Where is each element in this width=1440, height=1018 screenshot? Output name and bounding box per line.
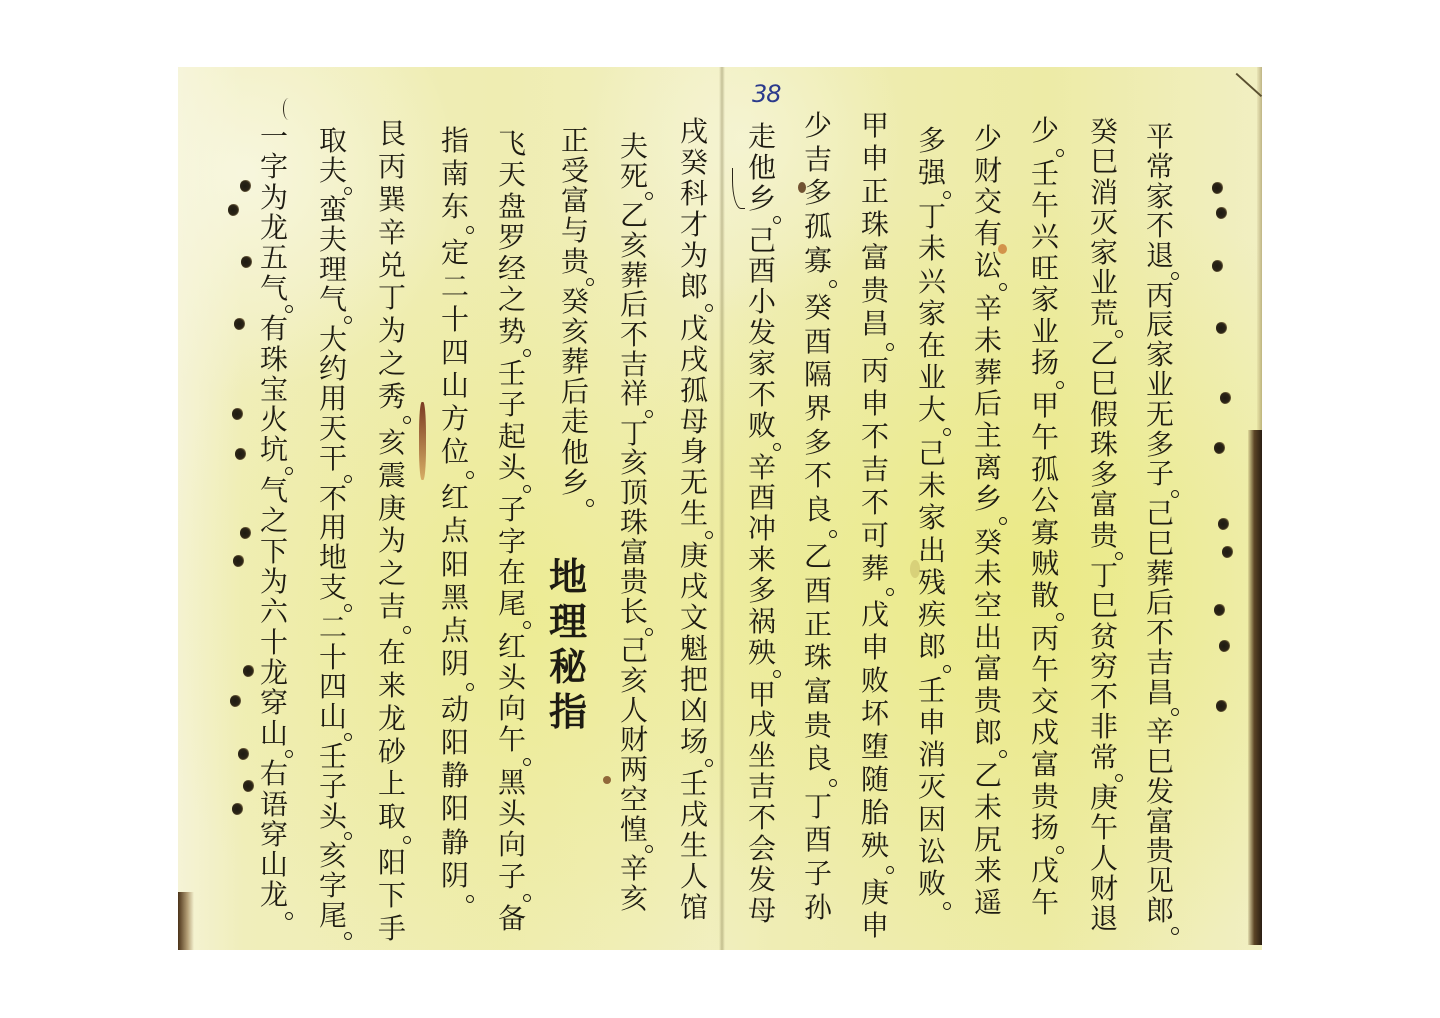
text-column-l5: 指南东定二十四山方位红点阳黑点阴动阳静阳静阴: [435, 127, 475, 903]
glyph: 庚: [1088, 784, 1120, 812]
glyph: 气: [258, 275, 290, 303]
glyph: 少: [972, 125, 1004, 153]
punctuation-mark: [773, 670, 781, 678]
glyph: 午: [496, 726, 528, 754]
glyph: 乡: [559, 469, 591, 497]
punctuation-mark: [523, 621, 531, 629]
glyph: 丁: [1088, 562, 1120, 590]
glyph: 戊: [1029, 857, 1061, 885]
glyph: 郎: [972, 719, 1004, 747]
glyph: 亥: [618, 667, 650, 695]
glyph: 寡: [1029, 519, 1061, 547]
glyph: 乡: [746, 185, 778, 213]
glyph: 之: [376, 350, 408, 378]
glyph: 散: [1029, 582, 1061, 610]
glyph: 退: [1144, 242, 1176, 270]
glyph: 艮: [376, 120, 408, 148]
glyph: 震: [376, 462, 408, 490]
glyph: 昌: [859, 310, 891, 338]
punctuation-mark: [523, 485, 531, 493]
glyph: 富: [559, 187, 591, 215]
glyph: 黑: [496, 769, 528, 797]
glyph: 十: [258, 629, 290, 657]
glyph: 之: [496, 286, 528, 314]
glyph: 一: [258, 123, 290, 151]
glyph: 方: [439, 405, 471, 433]
glyph: 右: [258, 760, 290, 788]
punctuation-mark: [943, 191, 951, 199]
glyph: 用: [317, 514, 349, 542]
glyph: 无: [1144, 401, 1176, 429]
glyph: 郎: [1144, 897, 1176, 925]
glyph: 用: [317, 385, 349, 413]
punctuation-mark: [705, 531, 713, 539]
glyph: 出: [972, 624, 1004, 652]
glyph: 大: [317, 326, 349, 354]
glyph: 上: [376, 770, 408, 798]
glyph: 砂: [376, 738, 408, 766]
glyph: 癸: [678, 149, 710, 177]
glyph: 身: [678, 438, 710, 466]
glyph: 胎: [859, 799, 891, 827]
glyph: 火: [258, 406, 290, 434]
glyph: 戊: [678, 315, 710, 343]
glyph: 十: [439, 306, 471, 334]
glyph: 丁: [618, 420, 650, 448]
glyph: 多: [802, 429, 834, 457]
text-column-r5: 多强丁未兴家在业大己未家出残疾郎壬申消灭因讼败: [912, 127, 952, 910]
glyph: 交: [972, 188, 1004, 216]
glyph: 之: [258, 507, 290, 535]
glyph: 癸: [972, 529, 1004, 557]
glyph: 讼: [972, 252, 1004, 280]
punctuation-mark: [773, 443, 781, 451]
glyph: 穿: [258, 689, 290, 717]
glyph: 己: [618, 637, 650, 665]
glyph: 发: [1144, 778, 1176, 806]
ink-stain: [603, 776, 611, 784]
glyph: 亥: [618, 232, 650, 260]
ink-stain: [419, 402, 426, 480]
glyph: 未: [972, 560, 1004, 588]
glyph: 己: [916, 440, 948, 468]
glyph: 珠: [802, 644, 834, 672]
glyph: 文: [678, 604, 710, 632]
glyph: 惶: [618, 816, 650, 844]
glyph: 富: [1088, 491, 1120, 519]
glyph: 阳: [376, 849, 408, 877]
glyph: 有: [972, 220, 1004, 248]
punctuation-mark: [466, 895, 474, 903]
glyph: 指: [439, 127, 471, 155]
glyph: 未: [916, 235, 948, 263]
glyph: 戌: [678, 801, 710, 829]
glyph: 可: [859, 522, 891, 550]
glyph: 消: [1088, 179, 1120, 207]
glyph: 败: [746, 412, 778, 440]
glyph: 下: [258, 538, 290, 566]
glyph: 后: [559, 378, 591, 406]
glyph: 人: [1088, 845, 1120, 873]
glyph: 戌: [678, 346, 710, 374]
glyph: 珠: [1088, 431, 1120, 459]
punctuation-mark: [403, 626, 411, 634]
glyph: 申: [859, 390, 891, 418]
glyph: 甲: [746, 681, 778, 709]
punctuation-mark: [403, 416, 411, 424]
glyph: 常: [1088, 744, 1120, 772]
glyph: 兴: [916, 268, 948, 296]
glyph: 珠: [859, 211, 891, 239]
glyph: 强: [916, 159, 948, 187]
glyph: 祸: [746, 608, 778, 636]
glyph: 丙: [1029, 625, 1061, 653]
glyph: 生: [678, 832, 710, 860]
glyph: 贵: [859, 277, 891, 305]
glyph: 败: [859, 667, 891, 695]
glyph: 孙: [802, 894, 834, 922]
glyph: 位: [439, 438, 471, 466]
glyph: 坑: [258, 436, 290, 464]
glyph: 走: [559, 408, 591, 436]
punctuation-mark: [999, 283, 1007, 291]
glyph: 四: [317, 673, 349, 701]
glyph: 家: [1144, 183, 1176, 211]
glyph: 壬: [678, 770, 710, 798]
punctuation-mark: [705, 759, 713, 767]
glyph: 之: [376, 560, 408, 588]
glyph: 庚: [859, 879, 891, 907]
glyph: 巳: [1144, 530, 1176, 558]
glyph: 戌: [678, 573, 710, 601]
glyph: 家: [1088, 239, 1120, 267]
punctuation-mark: [523, 894, 531, 902]
glyph: 珠: [258, 346, 290, 374]
glyph: 向: [496, 695, 528, 723]
punctuation-mark: [1056, 846, 1064, 854]
glyph: 吉: [376, 593, 408, 621]
glyph: 午: [1029, 192, 1061, 220]
glyph: 科: [678, 180, 710, 208]
glyph: 业: [1088, 269, 1120, 297]
glyph: 尻: [972, 826, 1004, 854]
glyph: 消: [916, 741, 948, 769]
glyph: 冲: [746, 515, 778, 543]
glyph: 夫: [618, 133, 650, 161]
glyph: 阴: [439, 650, 471, 678]
glyph: 申: [859, 145, 891, 173]
glyph: 见: [1144, 867, 1176, 895]
glyph: 起: [496, 423, 528, 451]
glyph: 生: [678, 500, 710, 528]
glyph: 母: [678, 408, 710, 436]
glyph: 盘: [496, 193, 528, 221]
glyph: 未: [916, 472, 948, 500]
glyph: 财: [972, 157, 1004, 185]
glyph: 辰: [1144, 311, 1176, 339]
glyph: 子: [496, 391, 528, 419]
glyph: 疾: [916, 601, 948, 629]
glyph: 山: [317, 703, 349, 731]
glyph: 五: [258, 244, 290, 272]
glyph: 空: [618, 786, 650, 814]
glyph: 来: [376, 672, 408, 700]
glyph: 手: [376, 915, 408, 943]
glyph: 把: [678, 666, 710, 694]
glyph: 小: [746, 288, 778, 316]
glyph: 灭: [916, 773, 948, 801]
punctuation-mark: [999, 750, 1007, 758]
glyph: 来: [972, 857, 1004, 885]
glyph: 乡: [972, 485, 1004, 513]
glyph: 辛: [746, 454, 778, 482]
text-column-r7: 少吉多孤寡癸酉隔界多不良乙酉正珠富贵良丁酉子孙: [798, 112, 838, 922]
glyph: 业: [916, 364, 948, 392]
glyph: 酉: [802, 577, 834, 605]
glyph: 酉: [802, 826, 834, 854]
punctuation-mark: [829, 530, 837, 538]
glyph: 六: [258, 598, 290, 626]
punctuation-mark: [829, 779, 837, 787]
glyph: 取: [376, 803, 408, 831]
punctuation-mark: [705, 304, 713, 312]
glyph: 葬: [972, 359, 1004, 387]
glyph: 不: [1144, 212, 1176, 240]
glyph: 吉: [802, 146, 834, 174]
text-column-l8: 一字为龙五气有珠宝火坑气之下为六十龙穿山右语穿山龙: [254, 123, 294, 920]
glyph: 庚: [376, 495, 408, 523]
glyph: 贵: [618, 568, 650, 596]
glyph: 为: [678, 242, 710, 270]
glyph: 为: [376, 317, 408, 345]
text-column-r1: 平常家不退丙辰家业无多子己巳葬后不吉昌辛巳发富贵见郎: [1140, 123, 1180, 935]
glyph: 葬: [1144, 560, 1176, 588]
glyph: 正: [859, 178, 891, 206]
glyph: 多: [916, 127, 948, 155]
glyph: 阳: [439, 795, 471, 823]
glyph: 珠: [618, 509, 650, 537]
glyph: 扬: [1029, 349, 1061, 377]
punctuation-mark: [886, 866, 894, 874]
punctuation-mark: [943, 428, 951, 436]
glyph: 郎: [916, 633, 948, 661]
glyph: 地: [317, 544, 349, 572]
glyph: 壬: [496, 360, 528, 388]
glyph: 祥: [618, 380, 650, 408]
glyph: 后: [1144, 589, 1176, 617]
glyph: 吉: [618, 351, 650, 379]
glyph: 戊: [859, 601, 891, 629]
glyph: 后: [972, 390, 1004, 418]
glyph: 乙: [972, 762, 1004, 790]
glyph: 气: [317, 286, 349, 314]
glyph: 夫: [317, 157, 349, 185]
glyph: 气: [258, 477, 290, 505]
glyph: 堕: [859, 733, 891, 761]
glyph: 人: [618, 697, 650, 725]
glyph: 不: [1088, 683, 1120, 711]
glyph: 头: [496, 454, 528, 482]
glyph: 癸: [802, 294, 834, 322]
glyph: 葬: [859, 555, 891, 583]
glyph: 势: [496, 318, 528, 346]
glyph: 乙: [1088, 340, 1120, 368]
glyph: 人: [678, 863, 710, 891]
text-column-l3: 正受富与贵癸亥葬后走他乡: [555, 127, 595, 507]
glyph: 亥: [559, 318, 591, 346]
glyph: 东: [439, 193, 471, 221]
glyph: 头: [317, 803, 349, 831]
glyph: 取: [317, 127, 349, 155]
glyph: 富: [1029, 751, 1061, 779]
punctuation-mark: [523, 349, 531, 357]
glyph: 乙: [802, 543, 834, 571]
glyph: 寡: [802, 247, 834, 275]
glyph: 申: [859, 912, 891, 940]
glyph: 动: [439, 696, 471, 724]
glyph: 指: [546, 692, 590, 732]
bracket-mark: [283, 98, 294, 120]
punctuation-mark: [586, 499, 594, 507]
glyph: 为: [258, 184, 290, 212]
glyph: 公: [1029, 487, 1061, 515]
glyph: 非: [1088, 713, 1120, 741]
glyph: 子: [317, 773, 349, 801]
glyph: 交: [1029, 688, 1061, 716]
text-column-l7: 取夫蛮夫理气大约用天干不用地支二十四山壬子头亥字尾: [313, 127, 353, 940]
glyph: 向: [496, 831, 528, 859]
glyph: 受: [559, 157, 591, 185]
glyph: 壬: [1029, 160, 1061, 188]
glyph: 财: [1088, 875, 1120, 903]
glyph: 辛: [1144, 718, 1176, 746]
glyph: 为: [376, 527, 408, 555]
glyph: 不: [746, 381, 778, 409]
glyph: 字: [258, 153, 290, 181]
text-column-r6: 甲申正珠富贵昌丙申不吉不可葬戊申败坏堕随胎殃庚申: [855, 112, 895, 940]
glyph: 郎: [678, 273, 710, 301]
glyph: 庚: [678, 542, 710, 570]
glyph: 秀: [376, 383, 408, 411]
punctuation-mark: [466, 683, 474, 691]
glyph: 辛: [972, 295, 1004, 323]
glyph: 良: [802, 496, 834, 524]
glyph: 旺: [1029, 255, 1061, 283]
glyph: 壬: [916, 677, 948, 705]
punctuation-mark: [829, 280, 837, 288]
glyph: 葬: [559, 348, 591, 376]
glyph: 四: [439, 339, 471, 367]
glyph: 辛: [376, 219, 408, 247]
glyph: 贼: [1029, 550, 1061, 578]
punctuation-mark: [943, 902, 951, 910]
punctuation-mark: [466, 471, 474, 479]
glyph: 不: [859, 423, 891, 451]
glyph: 蛮: [317, 196, 349, 224]
punctuation-mark: [886, 343, 894, 351]
glyph: 空: [972, 592, 1004, 620]
glyph: 丁: [376, 284, 408, 312]
glyph: 隔: [802, 361, 834, 389]
punctuation-mark: [999, 517, 1007, 525]
glyph: 吉: [859, 456, 891, 484]
glyph: 在: [496, 559, 528, 587]
glyph: 子: [802, 860, 834, 888]
glyph: 吉: [1144, 649, 1176, 677]
punctuation-mark: [403, 836, 411, 844]
glyph: 家: [746, 350, 778, 378]
glyph: 遥: [972, 889, 1004, 917]
glyph: 扬: [1029, 814, 1061, 842]
glyph: 点: [439, 517, 471, 545]
glyph: 午: [1088, 814, 1120, 842]
punctuation-mark: [1171, 927, 1179, 935]
glyph: 来: [746, 546, 778, 574]
glyph: 字: [496, 528, 528, 556]
glyph: 吉: [746, 773, 778, 801]
glyph: 静: [439, 829, 471, 857]
glyph: 丁: [916, 203, 948, 231]
glyph: 亥: [618, 885, 650, 913]
punctuation-mark: [344, 932, 352, 940]
glyph: 语: [258, 791, 290, 819]
glyph: 癸: [559, 288, 591, 316]
glyph: 馆: [678, 894, 710, 922]
glyph: 因: [916, 806, 948, 834]
glyph: 为: [258, 568, 290, 596]
glyph: 甲: [1029, 392, 1061, 420]
glyph: 荒: [1088, 300, 1120, 328]
glyph: 走: [746, 123, 778, 151]
glyph: 午: [1029, 656, 1061, 684]
glyph: 巳: [1088, 148, 1120, 176]
glyph: 坏: [859, 700, 891, 728]
glyph: 字: [317, 872, 349, 900]
glyph: 退: [1088, 905, 1120, 933]
glyph: 富: [802, 678, 834, 706]
glyph: 约: [317, 355, 349, 383]
glyph: 秘: [546, 647, 590, 687]
glyph: 财: [618, 726, 650, 754]
glyph: 贫: [1088, 623, 1120, 651]
glyph: 宝: [258, 376, 290, 404]
glyph: 尾: [496, 590, 528, 618]
glyph: 有: [258, 315, 290, 343]
glyph: 穷: [1088, 653, 1120, 681]
glyph: 界: [802, 395, 834, 423]
glyph: 平: [1144, 123, 1176, 151]
glyph: 子: [496, 863, 528, 891]
glyph: 家: [1144, 341, 1176, 369]
punctuation-mark: [1056, 149, 1064, 157]
glyph: 巳: [1088, 370, 1120, 398]
glyph: 干: [317, 445, 349, 473]
text-column-l1: 戌癸科才为郎戊戌孤母身无生庚戌文魁把凶场壬戌生人馆: [674, 118, 714, 922]
punctuation-mark: [285, 912, 293, 920]
glyph: 残: [916, 569, 948, 597]
text-column-r4: 少财交有讼辛未葬后主离乡癸未空出富贵郎乙未尻来遥: [968, 125, 1008, 917]
glyph: 红: [496, 633, 528, 661]
text-column-l2: 夫死乙亥葬后不吉祥丁亥顶珠富贵长己亥人财两空惶辛亥: [614, 133, 654, 913]
glyph: 罗: [496, 224, 528, 252]
glyph: 龙: [376, 705, 408, 733]
glyph: 天: [317, 415, 349, 443]
glyph: 贵: [1144, 837, 1176, 865]
glyph: 子: [496, 496, 528, 524]
glyph: 母: [746, 897, 778, 925]
glyph: 发: [746, 866, 778, 894]
glyph: 多: [802, 179, 834, 207]
